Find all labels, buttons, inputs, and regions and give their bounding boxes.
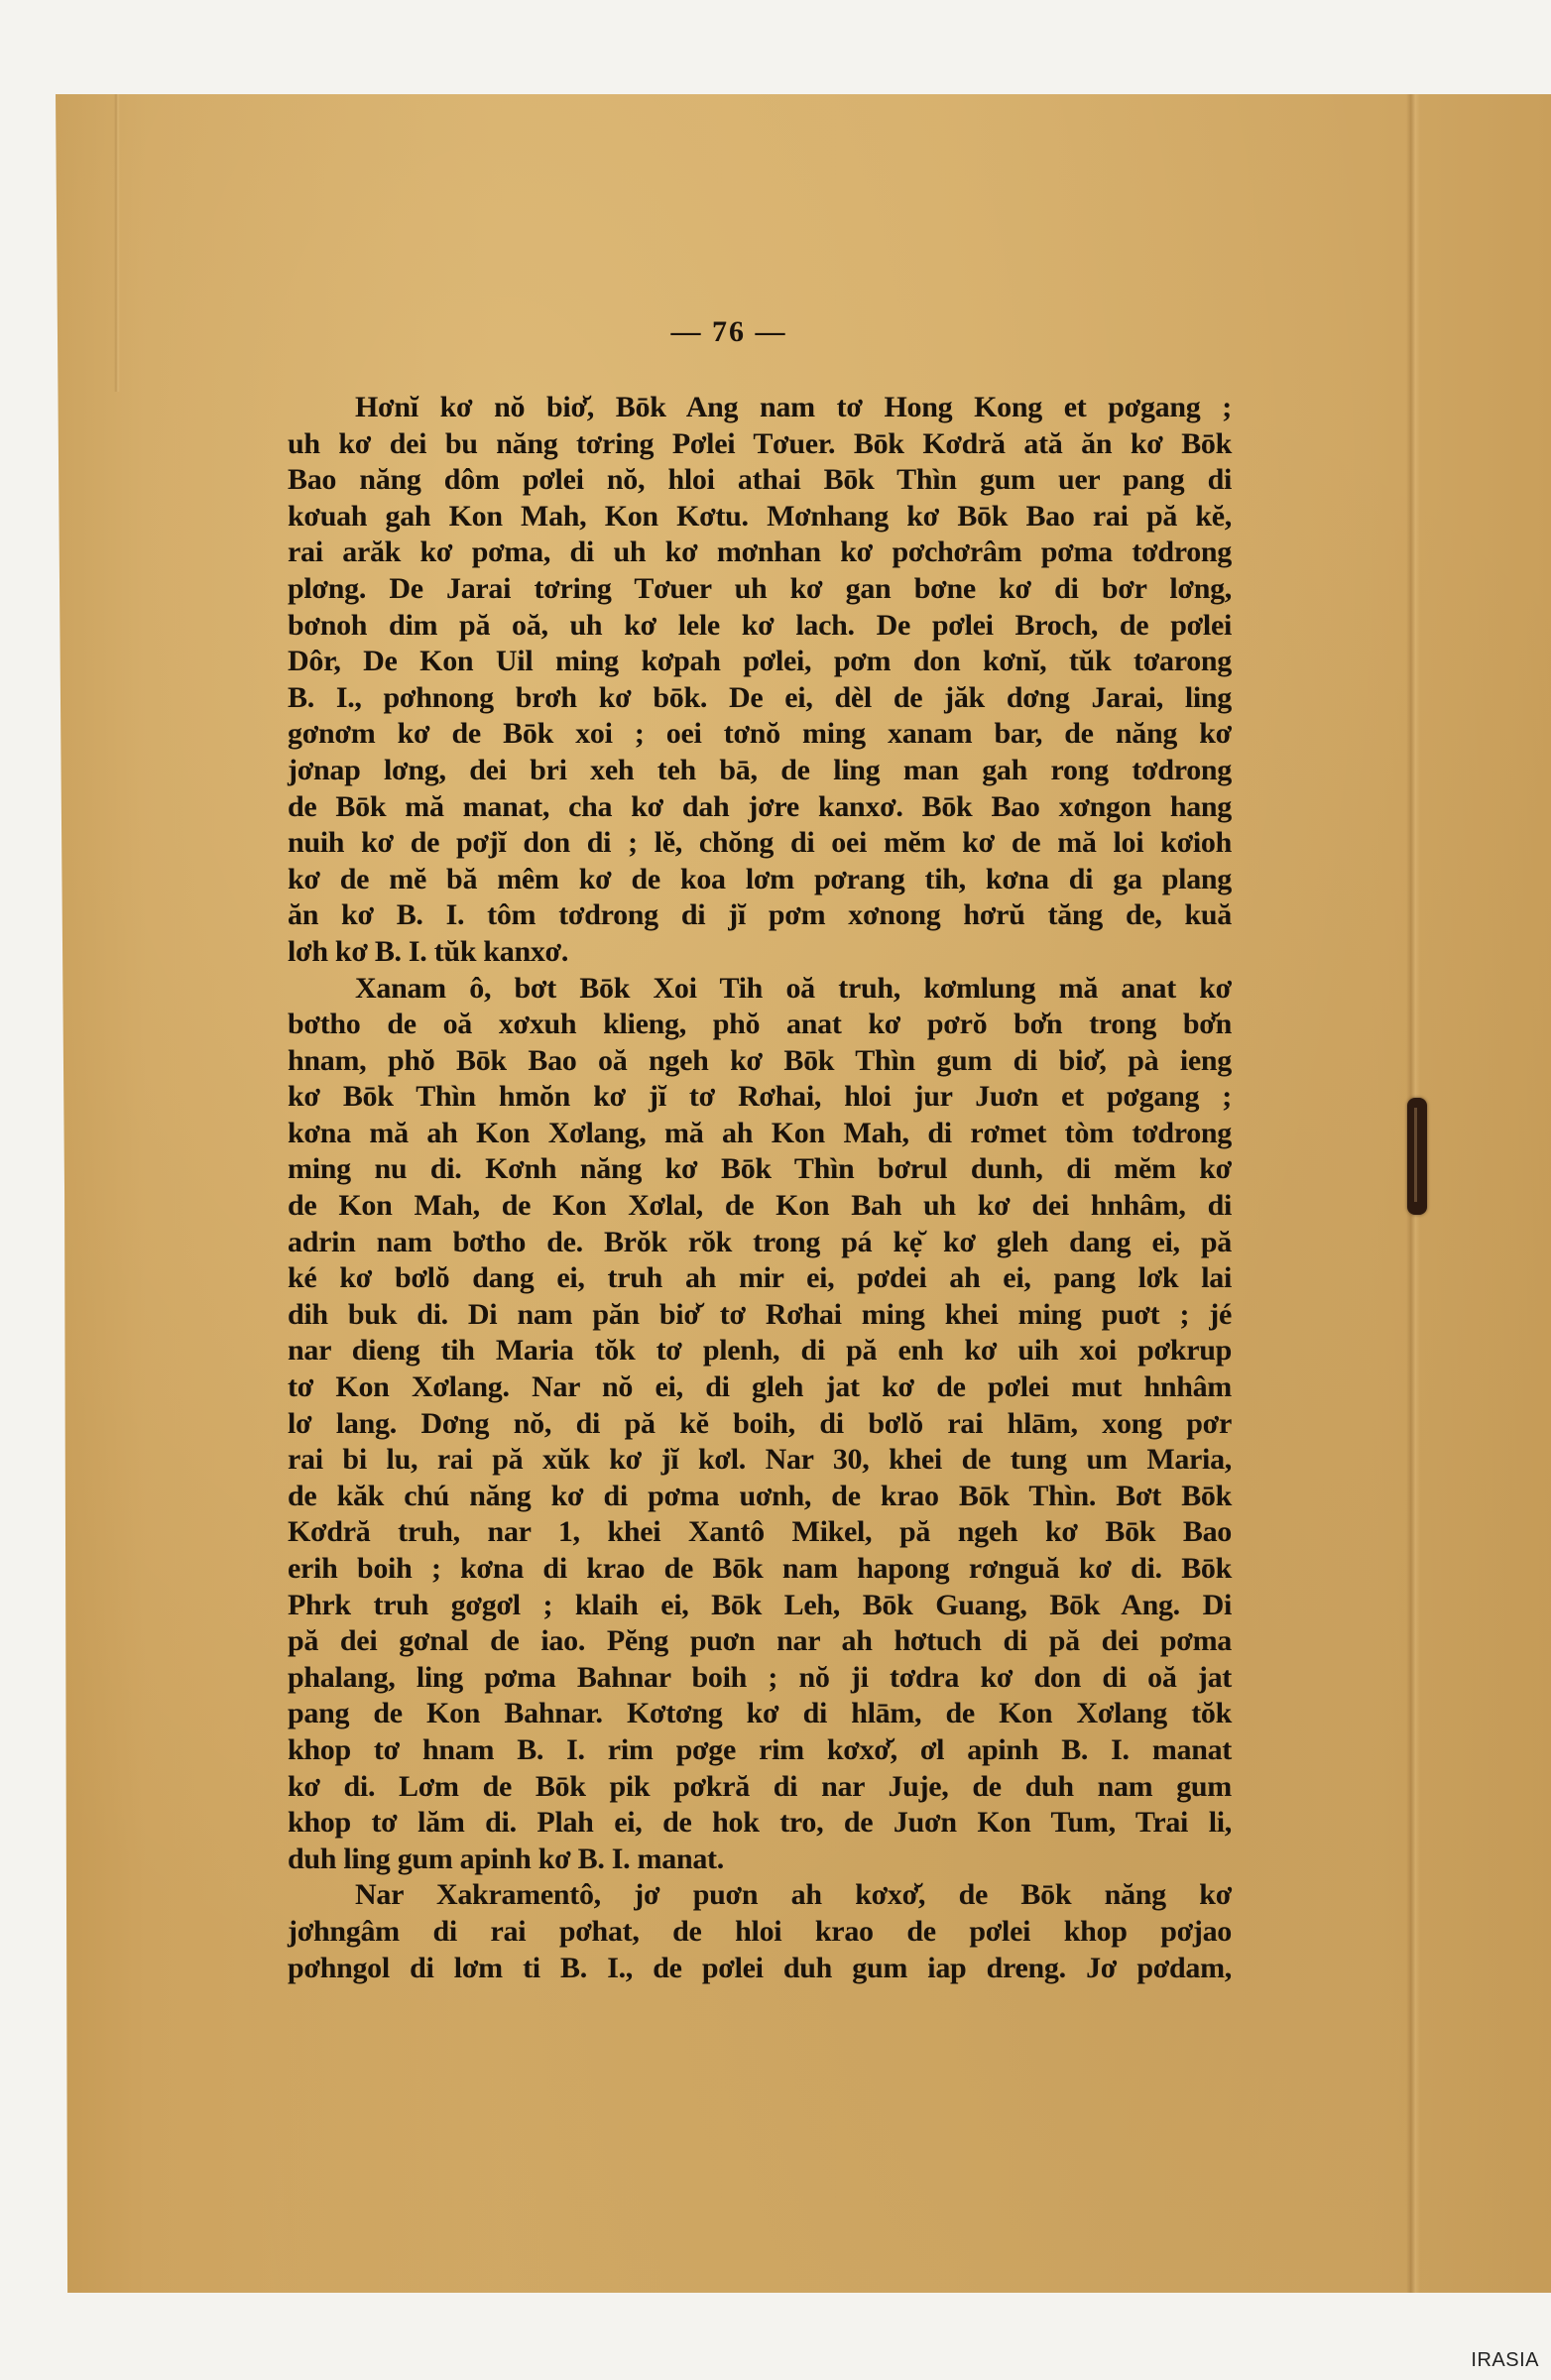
paragraph: Nar Xakramentô, jơ puơn ah kơxơ̆, de Bōk…	[288, 1877, 1232, 1986]
text-line: kơ di. Lơm de Bōk pik pơkră di nar Juje,…	[288, 1769, 1232, 1806]
text-line: khop tơ hnam B. I. rim pơge rim kơxơ̆, ơ…	[288, 1732, 1232, 1769]
text-line: Hơnĭ kơ nŏ biơ̆, Bōk Ang nam tơ Hong Kon…	[288, 390, 1232, 426]
text-line: lơh kơ B. I. tŭk kanxơ.	[288, 934, 1232, 971]
text-line: pơhngol di lơm ti B. I., de pơlei duh gu…	[288, 1951, 1232, 1987]
text-line: dih buk di. Di nam păn biơ̆ tơ Rơhai min…	[288, 1297, 1232, 1334]
text-line: adrin nam bơtho de. Brŏk rŏk trong pá kẹ…	[288, 1225, 1232, 1261]
text-line: jơnap lơng, dei bri xeh teh bā, de ling …	[288, 753, 1232, 789]
text-line: nar dieng tih Maria tŏk tơ plenh, di pă …	[288, 1333, 1232, 1369]
text-line: erih boih ; kơna di krao de Bōk nam hapo…	[288, 1551, 1232, 1588]
text-line: khop tơ lăm di. Plah ei, de hok tro, de …	[288, 1805, 1232, 1842]
text-line: rai bi lu, rai pă xŭk kơ jĭ kơl. Nar 30,…	[288, 1442, 1232, 1479]
watermark-label: IRASIA	[1471, 2349, 1539, 2372]
text-line: Xanam ô, bơt Bōk Xoi Tih oă truh, kơmlun…	[288, 971, 1232, 1008]
text-line: gơnơm kơ de Bōk xoi ; oei tơnŏ ming xana…	[288, 716, 1232, 753]
text-line: hnam, phŏ Bōk Bao oă ngeh kơ Bōk Thìn gu…	[288, 1043, 1232, 1080]
text-line: tơ Kon Xơlang. Nar nŏ ei, di gleh jat kơ…	[288, 1369, 1232, 1406]
text-line: kơ de mĕ bă mêm kơ de koa lơm pơrang tih…	[288, 862, 1232, 898]
binding-thread	[1407, 1098, 1427, 1215]
text-line: lơ lang. Dơng nŏ, di pă kĕ boih, di bơlŏ…	[288, 1406, 1232, 1443]
text-line: ming nu di. Kơnh năng kơ Bōk Thìn bơrul …	[288, 1151, 1232, 1188]
text-line: Nar Xakramentô, jơ puơn ah kơxơ̆, de Bōk…	[288, 1877, 1232, 1914]
text-line: pang de Kon Bahnar. Kơtơng kơ di hlām, d…	[288, 1696, 1232, 1732]
text-line: nuih kơ de pơjĭ don di ; lĕ, chŏng di oe…	[288, 825, 1232, 862]
text-line: de Kon Mah, de Kon Xơlal, de Kon Bah uh …	[288, 1188, 1232, 1225]
text-line: kơna mă ah Kon Xơlang, mă ah Kon Mah, di…	[288, 1116, 1232, 1152]
text-line: pă dei gơnal de iao. Pĕng puơn nar ah hơ…	[288, 1623, 1232, 1660]
text-line: rai arăk kơ pơma, di uh kơ mơnhan kơ pơc…	[288, 535, 1232, 571]
text-line: Bao năng dôm pơlei nŏ, hloi athai Bōk Th…	[288, 462, 1232, 499]
text-line: ké kơ bơlŏ dang ei, truh ah mir ei, pơde…	[288, 1260, 1232, 1297]
text-line: ăn kơ B. I. tôm tơdrong di jĭ pơm xơnong…	[288, 897, 1232, 934]
text-line: bơtho de oă xơxuh klieng, phŏ anat kơ pơ…	[288, 1007, 1232, 1043]
text-line: kơ Bōk Thìn hmŏn kơ jĭ tơ Rơhai, hloi ju…	[288, 1079, 1232, 1116]
text-line: jơhngâm di rai pơhat, de hloi krao de pơ…	[288, 1914, 1232, 1951]
body-text: Hơnĭ kơ nŏ biơ̆, Bōk Ang nam tơ Hong Kon…	[288, 390, 1232, 1986]
text-line: uh kơ dei bu năng tơring Pơlei Tơuer. Bō…	[288, 426, 1232, 463]
text-line: Phrk truh gơgơl ; klaih ei, Bōk Leh, Bōk…	[288, 1588, 1232, 1624]
page-number: — 76 —	[0, 315, 1458, 349]
text-line: Kơdră truh, nar 1, khei Xantô Mikel, pă …	[288, 1514, 1232, 1551]
paragraph: Xanam ô, bơt Bōk Xoi Tih oă truh, kơmlun…	[288, 971, 1232, 1878]
text-line: bơnoh dim pă oă, uh kơ lele kơ lach. De …	[288, 608, 1232, 645]
text-line: kơuah gah Kon Mah, Kon Kơtu. Mơnhang kơ …	[288, 499, 1232, 535]
paragraph: Hơnĭ kơ nŏ biơ̆, Bōk Ang nam tơ Hong Kon…	[288, 390, 1232, 971]
text-line: phalang, ling pơma Bahnar boih ; nŏ ji t…	[288, 1660, 1232, 1697]
text-line: de Bōk mă manat, cha kơ dah jơre kanxơ. …	[288, 789, 1232, 826]
text-line: duh ling gum apinh kơ B. I. manat.	[288, 1842, 1232, 1878]
text-line: B. I., pơhnong brơh kơ bōk. De ei, dèl d…	[288, 680, 1232, 717]
text-line: Dôr, De Kon Uil ming kơpah pơlei, pơm do…	[288, 644, 1232, 680]
text-line: de kăk chú năng kơ di pơma uơnh, de krao…	[288, 1479, 1232, 1515]
text-line: plơng. De Jarai tơring Tơuer uh kơ gan b…	[288, 571, 1232, 608]
